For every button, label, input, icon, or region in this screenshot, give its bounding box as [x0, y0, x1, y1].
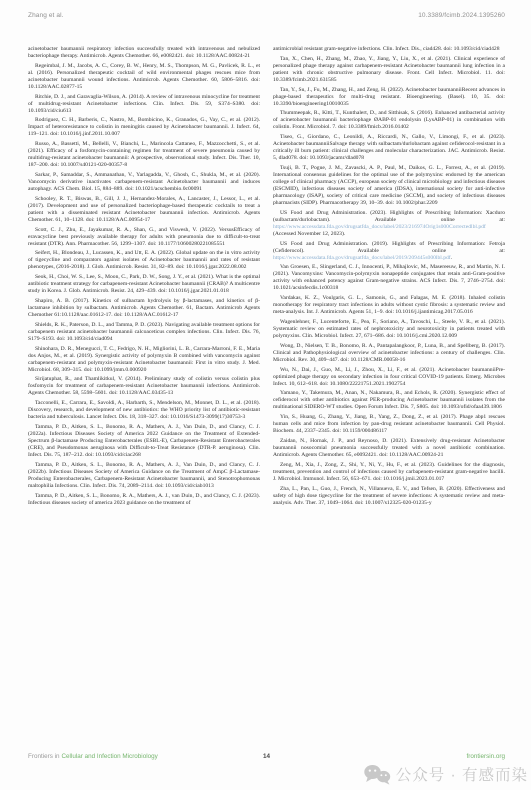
reference-item: Van Groesen, E., Slingerland, C. J., Inn… — [273, 264, 505, 292]
reference-text: acinetobacter baumannii respiratory infe… — [28, 46, 260, 59]
reference-item: Vardakas, K. Z., Voulgaris, G. L., Samon… — [273, 295, 505, 316]
reference-item: Zeng, M., Xia, J., Zong, Z., Shi, Y., Ni… — [273, 462, 505, 483]
reference-text: antimicrobial resistant gram-negative in… — [273, 46, 500, 52]
reference-text: Regeimbal, J. M., Jacobs, A. C., Corey, … — [28, 63, 260, 90]
reference-text: Shields, R. K., Paterson, D. L., and Tam… — [28, 322, 260, 342]
reference-text: Tacconelli, E., Carrara, E., Savoldi, A.… — [28, 400, 260, 420]
reference-text: Rodriguez, C. H., Barberis, C., Nastro, … — [28, 117, 260, 137]
reference-item: antimicrobial resistant gram-negative in… — [273, 46, 505, 53]
publisher-site-link[interactable]: frontiersin.org — [467, 753, 506, 760]
reference-item: Shields, R. K., Paterson, D. L., and Tam… — [28, 322, 260, 343]
reference-text: Yamano, Y., Takemura, M., Anan, N., Naka… — [273, 390, 505, 410]
reference-text: Zeng, M., Xia, J., Zong, Z., Shi, Y., Ni… — [273, 462, 505, 482]
reference-text: Seok, H., Choi, W. S., Lee, S., Moon, C.… — [28, 274, 260, 294]
reference-text: Sirijatuphat, R., and Thamlikitkul, V. (… — [28, 376, 260, 396]
reference-item: Thummeepak, R., Kitti, T., Kunthalert, D… — [273, 110, 505, 131]
reference-item: US Food and Drug Administration. (2023).… — [273, 210, 505, 238]
reference-text: Ritchie, D. J., and Garavaglia-Wilson, A… — [28, 94, 260, 114]
reference-text: Tan, Y., Su, J., Fu, M., Zhang, H., and … — [273, 87, 505, 107]
reference-item: Yamano, Y., Takemura, M., Anan, N., Naka… — [273, 390, 505, 411]
page-number: 14 — [263, 753, 270, 760]
journal-name: Frontiers inCellular and Infection Micro… — [28, 753, 158, 760]
watermark-text: 公众号 · 有感而染 — [396, 763, 528, 785]
reference-item: Sarkar, P., Samaddar, S., Ammanathan, V.… — [28, 172, 260, 193]
pdf-page: Zhang et al. 10.3389/fcimb.2024.1395260 … — [0, 0, 531, 790]
reference-text: Yin, S., Huang, G., Zhang, Y., Jiang, B.… — [273, 414, 505, 434]
reference-text: Seifert, H., Blondeau, J., Lucassen, K.,… — [28, 250, 260, 270]
reference-item: Tiseo, G., Giordano, C., Leonildi, A., R… — [273, 134, 505, 162]
reference-item: Tamma, P. D., Aitken, S. L., Bonomo, R. … — [28, 493, 260, 507]
reference-url-link[interactable]: https://www.accessdata.fda.gov/drugsatfd… — [273, 224, 486, 230]
reference-text: US Food and Drug Administration. (2023).… — [273, 210, 505, 223]
reference-text: Tsuji, B. T., Pogue, J. M., Zavascki, A.… — [273, 165, 505, 206]
references-section: acinetobacter baumannii respiratory infe… — [28, 46, 505, 509]
reference-item: Sirijatuphat, R., and Thamlikitkul, V. (… — [28, 376, 260, 397]
reference-item: Wagenlehner, F., Lucenteforte, E., Pea, … — [273, 319, 505, 340]
reference-text: Wu, N., Dai, J., Guo, M., Li, J., Zhou, … — [273, 367, 505, 387]
wechat-watermark: 公众号 · 有感而染 — [363, 763, 528, 785]
reference-text: Tamma, P. D., Aitken, S. L., Bonomo, R. … — [28, 462, 260, 489]
reference-item: Scott, C. J., Zhu, E., Jayakumar, R. A.,… — [28, 227, 260, 248]
reference-item: Shinohara, D. R., Menegucci, T. C., Fedr… — [28, 346, 260, 374]
running-head-doi[interactable]: 10.3389/fcimb.2024.1395260 — [418, 12, 505, 19]
reference-item: Seifert, H., Blondeau, J., Lucassen, K.,… — [28, 250, 260, 271]
reference-item: Tamma, P. D., Aitken, S. L., Bonomo, R. … — [28, 462, 260, 490]
reference-item: Tamma, P. D., Aitken, S. L., Bonomo, R. … — [28, 424, 260, 459]
reference-item: Rodriguez, C. H., Barberis, C., Nastro, … — [28, 117, 260, 138]
reference-text: Tamma, P. D., Aitken, S. L., Bonomo, R. … — [28, 424, 260, 458]
reference-text: Vardakas, K. Z., Voulgaris, G. L., Samon… — [273, 295, 505, 315]
reference-item: Tan, X., Chen, H., Zhang, M., Zhao, Y., … — [273, 56, 505, 84]
reference-text: Schooley, R. T., Biswas, B., Gill, J. J.… — [28, 196, 260, 223]
reference-text: Zha, L., Pan, L., Guo, J., French, N., V… — [273, 486, 505, 506]
reference-text: Van Groesen, E., Slingerland, C. J., Inn… — [273, 264, 505, 291]
reference-text: Thummeepak, R., Kitti, T., Kunthalert, D… — [273, 110, 505, 130]
reference-item: Zaidan, N., Hornak, J. P., and Reynoso, … — [273, 438, 505, 459]
reference-item: Wong, D., Nielsen, T. B., Bonomo, R. A.,… — [273, 343, 505, 364]
reference-text: Zaidan, N., Hornak, J. P., and Reynoso, … — [273, 438, 505, 458]
page-header: Zhang et al. 10.3389/fcimb.2024.1395260 — [28, 12, 505, 19]
reference-item: Tsuji, B. T., Pogue, J. M., Zavascki, A.… — [273, 165, 505, 207]
reference-text: (Accessed November 12, 2023). — [273, 231, 345, 237]
reference-item: US Food and Drug Administration. (2019).… — [273, 241, 505, 262]
running-head-author: Zhang et al. — [28, 12, 64, 19]
reference-item: Schooley, R. T., Biswas, B., Gill, J. J.… — [28, 196, 260, 224]
reference-item: Shapiro, A. B. (2017). Kinetics of sulba… — [28, 298, 260, 319]
reference-text: Wagenlehner, F., Lucenteforte, E., Pea, … — [273, 319, 505, 339]
reference-text: US Food and Drug Administration. (2019).… — [273, 241, 505, 254]
reference-text: Sarkar, P., Samaddar, S., Ammanathan, V.… — [28, 172, 260, 192]
reference-item: Tacconelli, E., Carrara, E., Savoldi, A.… — [28, 400, 260, 421]
page-footer: Frontiers inCellular and Infection Micro… — [28, 753, 505, 763]
reference-item: Russo, A., Bassetti, M., Bellelli, V., B… — [28, 141, 260, 169]
references-column-left: acinetobacter baumannii respiratory infe… — [28, 46, 260, 509]
reference-item: Zha, L., Pan, L., Guo, J., French, N., V… — [273, 486, 505, 507]
reference-text: Tiseo, G., Giordano, C., Leonildi, A., R… — [273, 134, 505, 161]
reference-item: Ritchie, D. J., and Garavaglia-Wilson, A… — [28, 94, 260, 115]
reference-item: Seok, H., Choi, W. S., Lee, S., Moon, C.… — [28, 274, 260, 295]
reference-text: . — [451, 255, 452, 261]
reference-item: Yin, S., Huang, G., Zhang, Y., Jiang, B.… — [273, 414, 505, 435]
reference-item: Tan, Y., Su, J., Fu, M., Zhang, H., and … — [273, 87, 505, 108]
reference-text: Shapiro, A. B. (2017). Kinetics of sulba… — [28, 298, 260, 318]
reference-item: Regeimbal, J. M., Jacobs, A. C., Corey, … — [28, 63, 260, 91]
reference-item: Wu, N., Dai, J., Guo, M., Li, J., Zhou, … — [273, 367, 505, 388]
reference-url-link[interactable]: https://www.accessdata.fda.gov/drugsatfd… — [273, 255, 451, 261]
reference-item: acinetobacter baumannii respiratory infe… — [28, 46, 260, 60]
journal-prefix: Frontiers in — [28, 753, 60, 760]
reference-text: Shinohara, D. R., Menegucci, T. C., Fedr… — [28, 346, 260, 373]
reference-text: Tan, X., Chen, H., Zhang, M., Zhao, Y., … — [273, 56, 505, 83]
journal-title-link[interactable]: Cellular and Infection Microbiology — [62, 753, 158, 760]
reference-text: Scott, C. J., Zhu, E., Jayakumar, R. A.,… — [28, 227, 260, 247]
reference-text: Wong, D., Nielsen, T. B., Bonomo, R. A.,… — [273, 343, 505, 363]
reference-text: Russo, A., Bassetti, M., Bellelli, V., B… — [28, 141, 260, 168]
wechat-icon — [363, 764, 391, 785]
reference-text: Tamma, P. D., Aitken, S. L., Bonomo, R. … — [28, 493, 260, 506]
references-column-right: antimicrobial resistant gram-negative in… — [273, 46, 505, 509]
